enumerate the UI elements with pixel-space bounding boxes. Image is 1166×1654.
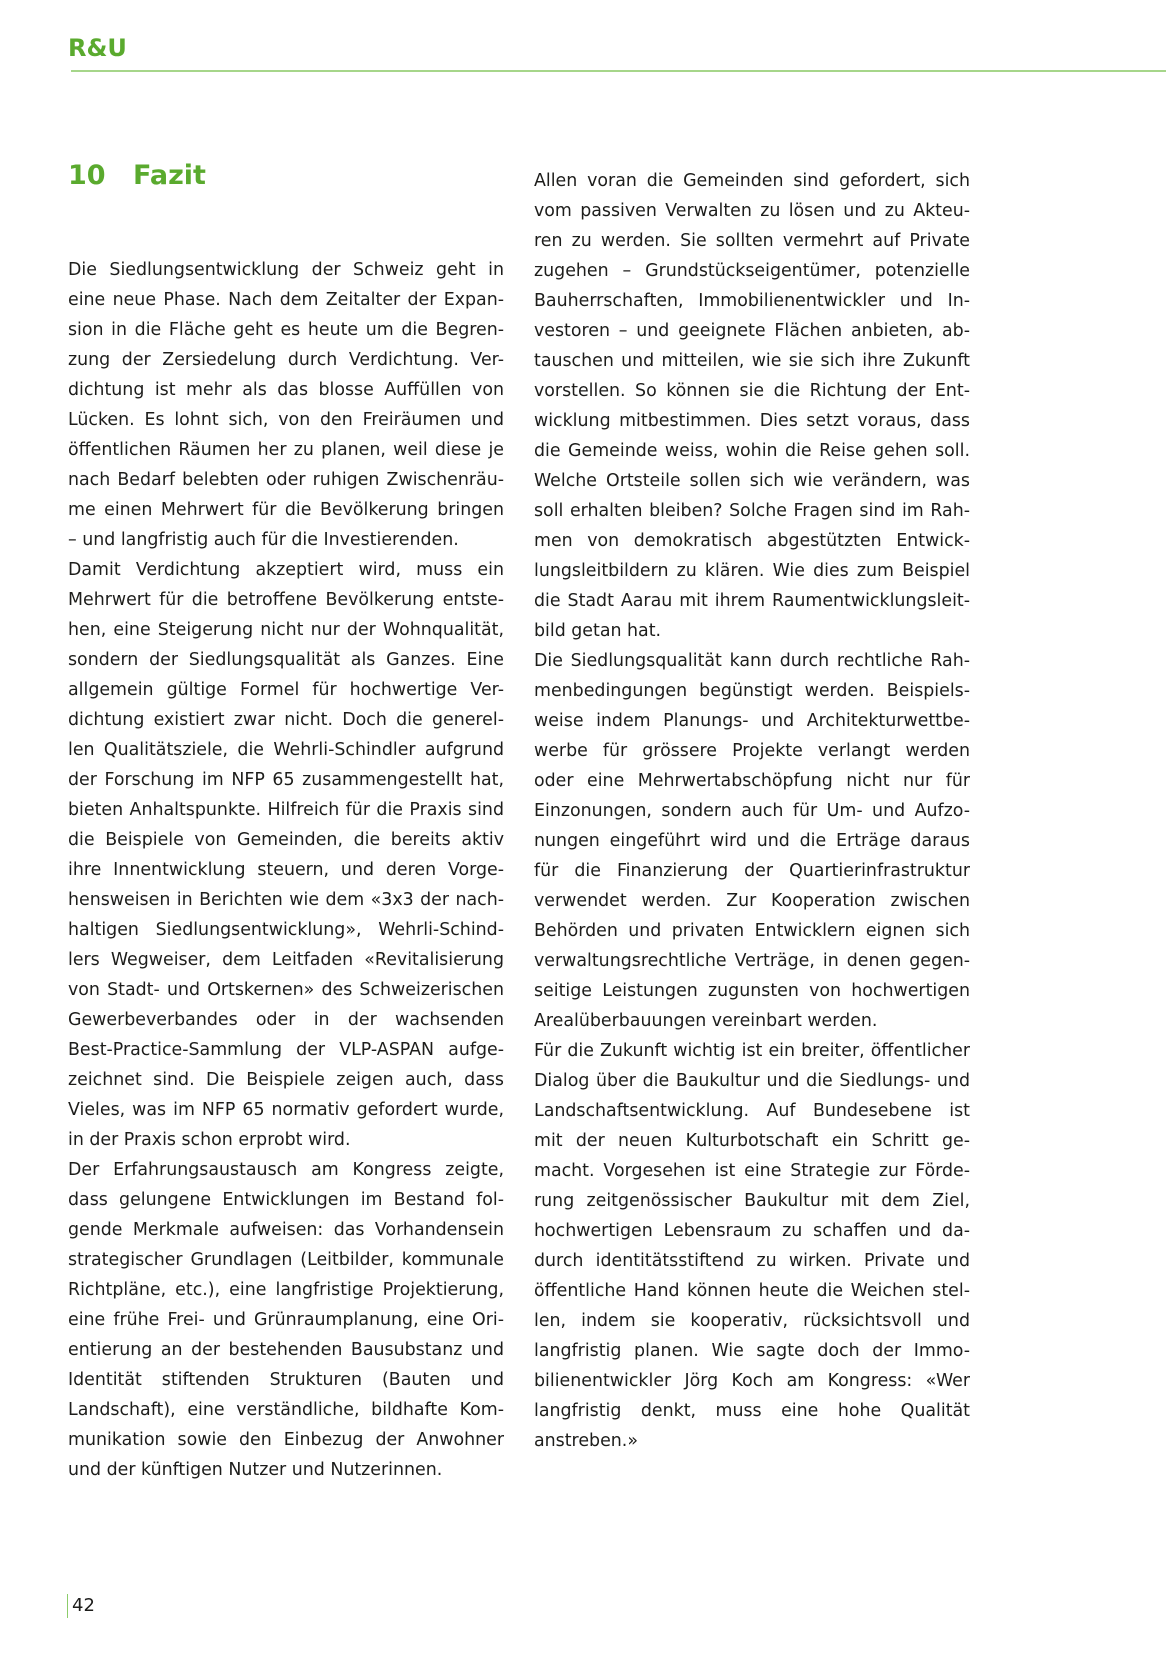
body-text-line: oder eine Mehrwertabschöpfung nicht nur …	[534, 766, 970, 796]
body-text-line: lungsleitbildern zu klären. Wie dies zum…	[534, 556, 970, 586]
body-text-line: Allen voran die Gemeinden sind gefordert…	[534, 166, 970, 196]
body-text-line: Arealüberbauungen vereinbart werden.	[534, 1006, 970, 1036]
body-text-line: len, indem sie kooperativ, rücksichtsvol…	[534, 1306, 970, 1336]
body-text-line: Dialog über die Baukultur und die Siedlu…	[534, 1066, 970, 1096]
left-text-column: Die Siedlungsentwicklung der Schweiz geh…	[68, 255, 504, 1485]
header-divider	[71, 70, 1166, 72]
body-text-line: Landschaft), eine verständliche, bildhaf…	[68, 1395, 504, 1425]
body-text-line: Gewerbeverbandes oder in der wachsenden	[68, 1005, 504, 1035]
body-text-line: seitige Leistungen zugunsten von hochwer…	[534, 976, 970, 1006]
body-text-line: Behörden und privaten Entwicklern eignen…	[534, 916, 970, 946]
running-header-label: R&U	[68, 34, 127, 62]
body-text-line: Der Erfahrungsaustausch am Kongress zeig…	[68, 1155, 504, 1185]
body-text-line: für die Finanzierung der Quartierinfrast…	[534, 856, 970, 886]
body-text-line: munikation sowie den Einbezug der Anwohn…	[68, 1425, 504, 1455]
body-text-line: die Beispiele von Gemeinden, die bereits…	[68, 825, 504, 855]
body-text-line: Einzonungen, sondern auch für Um- und Au…	[534, 796, 970, 826]
body-text-line: verwendet werden. Zur Kooperation zwisch…	[534, 886, 970, 916]
section-number: 10	[68, 160, 133, 191]
body-text-line: sion in die Fläche geht es heute um die …	[68, 315, 504, 345]
body-text-line: dass gelungene Entwicklungen im Bestand …	[68, 1185, 504, 1215]
body-text-line: Bauherrschaften, Immobilienentwickler un…	[534, 286, 970, 316]
body-text-line: in der Praxis schon erprobt wird.	[68, 1125, 504, 1155]
body-text-line: eine neue Phase. Nach dem Zeitalter der …	[68, 285, 504, 315]
body-text-line: Damit Verdichtung akzeptiert wird, muss …	[68, 555, 504, 585]
section-title-text: Fazit	[133, 160, 206, 191]
body-text-line: nungen eingeführt wird und die Erträge d…	[534, 826, 970, 856]
body-text-line: Die Siedlungsqualität kann durch rechtli…	[534, 646, 970, 676]
section-heading: 10Fazit	[68, 160, 206, 191]
body-text-line: soll erhalten bleiben? Solche Fragen sin…	[534, 496, 970, 526]
body-text-line: nach Bedarf belebten oder ruhigen Zwisch…	[68, 465, 504, 495]
body-text-line: menbedingungen begünstigt werden. Beispi…	[534, 676, 970, 706]
body-text-line: Identität stiftenden Strukturen (Bauten …	[68, 1365, 504, 1395]
body-text-line: zeichnet sind. Die Beispiele zeigen auch…	[68, 1065, 504, 1095]
body-text-line: ihre Innentwicklung steuern, und deren V…	[68, 855, 504, 885]
body-text-line: rung zeitgenössischer Baukultur mit dem …	[534, 1186, 970, 1216]
body-text-line: zugehen – Grundstückseigentümer, potenzi…	[534, 256, 970, 286]
body-text-line: eine frühe Frei- und Grünraumplanung, ei…	[68, 1305, 504, 1335]
body-text-line: haltigen Siedlungsentwicklung», Wehrli-S…	[68, 915, 504, 945]
body-text-line: anstreben.»	[534, 1426, 970, 1456]
body-text-line: und der künftigen Nutzer und Nutzerinnen…	[68, 1455, 504, 1485]
body-text-line: len Qualitätsziele, die Wehrli-Schindler…	[68, 735, 504, 765]
body-text-line: allgemein gültige Formel für hochwertige…	[68, 675, 504, 705]
body-text-line: verwaltungsrechtliche Verträge, in denen…	[534, 946, 970, 976]
body-text-line: strategischer Grundlagen (Leitbilder, ko…	[68, 1245, 504, 1275]
body-text-line: dichtung existiert zwar nicht. Doch die …	[68, 705, 504, 735]
body-text-line: die Stadt Aarau mit ihrem Raumentwicklun…	[534, 586, 970, 616]
body-text-line: sondern der Siedlungsqualität als Ganzes…	[68, 645, 504, 675]
body-text-line: werbe für grössere Projekte verlangt wer…	[534, 736, 970, 766]
body-text-line: durch identitätsstiftend zu wirken. Priv…	[534, 1246, 970, 1276]
body-text-line: dichtung ist mehr als das blosse Auffüll…	[68, 375, 504, 405]
body-text-line: Mehrwert für die betroffene Bevölkerung …	[68, 585, 504, 615]
body-text-line: gende Merkmale aufweisen: das Vorhandens…	[68, 1215, 504, 1245]
body-text-line: lers Wegweiser, dem Leitfaden «Revitalis…	[68, 945, 504, 975]
body-text-line: vestoren – und geeignete Flächen anbiete…	[534, 316, 970, 346]
body-text-line: Vieles, was im NFP 65 normativ gefordert…	[68, 1095, 504, 1125]
body-text-line: Best-Practice-Sammlung der VLP-ASPAN auf…	[68, 1035, 504, 1065]
body-text-line: öffentlichen Räumen her zu planen, weil …	[68, 435, 504, 465]
body-text-line: men von demokratisch abgestützten Entwic…	[534, 526, 970, 556]
body-text-line: Lücken. Es lohnt sich, von den Freiräume…	[68, 405, 504, 435]
right-text-column: Allen voran die Gemeinden sind gefordert…	[534, 166, 970, 1456]
body-text-line: bilienentwickler Jörg Koch am Kongress: …	[534, 1366, 970, 1396]
page-number: 42	[67, 1594, 95, 1618]
body-text-line: die Gemeinde weiss, wohin die Reise gehe…	[534, 436, 970, 466]
body-text-line: Für die Zukunft wichtig ist ein breiter,…	[534, 1036, 970, 1066]
body-text-line: vom passiven Verwalten zu lösen und zu A…	[534, 196, 970, 226]
body-text-line: hochwertigen Lebensraum zu schaffen und …	[534, 1216, 970, 1246]
body-text-line: me einen Mehrwert für die Bevölkerung br…	[68, 495, 504, 525]
body-text-line: – und langfristig auch für die Investier…	[68, 525, 504, 555]
body-text-line: langfristig planen. Wie sagte doch der I…	[534, 1336, 970, 1366]
body-text-line: öffentliche Hand können heute die Weiche…	[534, 1276, 970, 1306]
body-text-line: macht. Vorgesehen ist eine Strategie zur…	[534, 1156, 970, 1186]
body-text-line: ren zu werden. Sie sollten vermehrt auf …	[534, 226, 970, 256]
body-text-line: bieten Anhaltspunkte. Hilfreich für die …	[68, 795, 504, 825]
body-text-line: weise indem Planungs- und Architekturwet…	[534, 706, 970, 736]
body-text-line: entierung an der bestehenden Bausubstanz…	[68, 1335, 504, 1365]
body-text-line: tauschen und mitteilen, wie sie sich ihr…	[534, 346, 970, 376]
body-text-line: Richtpläne, etc.), eine langfristige Pro…	[68, 1275, 504, 1305]
body-text-line: Welche Ortsteile sollen sich wie verände…	[534, 466, 970, 496]
body-text-line: bild getan hat.	[534, 616, 970, 646]
body-text-line: hensweisen in Berichten wie dem «3x3 der…	[68, 885, 504, 915]
body-text-line: von Stadt- und Ortskernen» des Schweizer…	[68, 975, 504, 1005]
body-text-line: langfristig denkt, muss eine hohe Qualit…	[534, 1396, 970, 1426]
body-text-line: zung der Zersiedelung durch Verdichtung.…	[68, 345, 504, 375]
body-text-line: Landschaftsentwicklung. Auf Bundesebene …	[534, 1096, 970, 1126]
body-text-line: hen, eine Steigerung nicht nur der Wohnq…	[68, 615, 504, 645]
body-text-line: wicklung mitbestimmen. Dies setzt voraus…	[534, 406, 970, 436]
body-text-line: der Forschung im NFP 65 zusammengestellt…	[68, 765, 504, 795]
body-text-line: Die Siedlungsentwicklung der Schweiz geh…	[68, 255, 504, 285]
body-text-line: mit der neuen Kulturbotschaft ein Schrit…	[534, 1126, 970, 1156]
body-text-line: vorstellen. So können sie die Richtung d…	[534, 376, 970, 406]
